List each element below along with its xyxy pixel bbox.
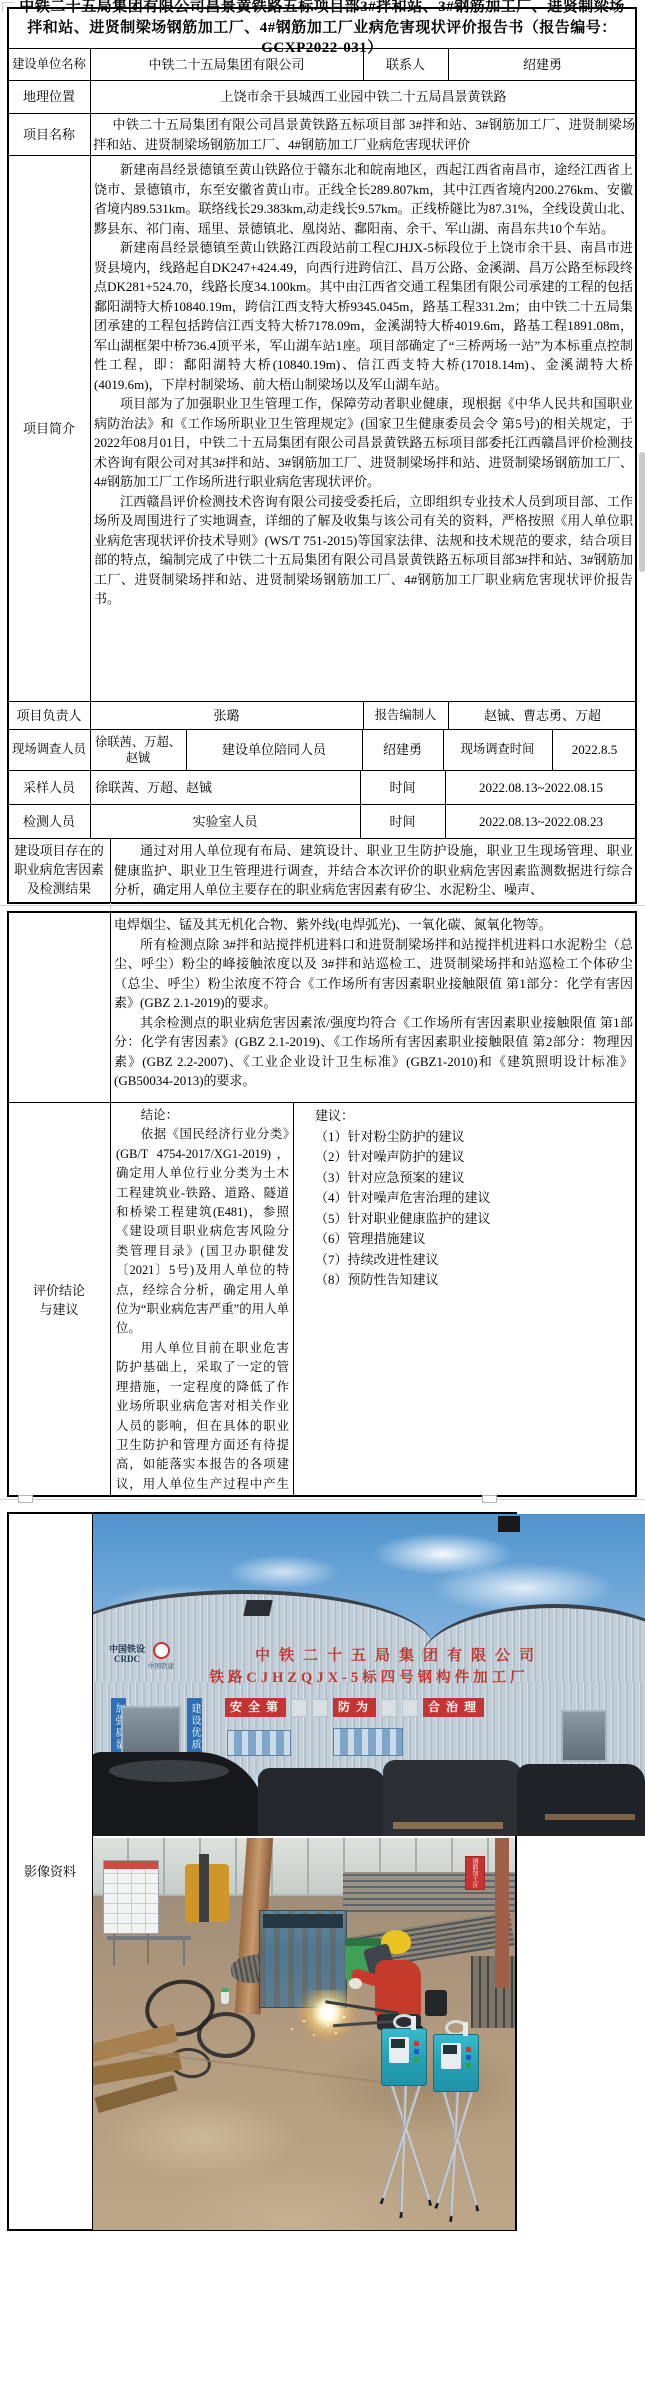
- instrument-button: [466, 2047, 471, 2052]
- grid-line: [8, 113, 637, 114]
- conclusion-heading: 结论：: [116, 1106, 289, 1125]
- project-name-label: 项目名称: [8, 113, 90, 155]
- instrument-button: [466, 2055, 471, 2060]
- page-break-tick: [110, 903, 111, 911]
- report-title: 中铁二十五局集团有限公司昌景黄铁路五标项目部3#拌和站、3#钢筋加工厂、进贤制梁…: [9, 9, 635, 47]
- sampling-value: 徐联茜、万超、赵铖: [90, 770, 360, 804]
- sampling-time-label: 时间: [360, 770, 445, 804]
- tripod-leg: [399, 2084, 407, 2218]
- display-board: [333, 1728, 403, 1756]
- whiteboard: [103, 1860, 159, 1934]
- suggestion-item: （8）预防性告知建议: [315, 1270, 633, 1291]
- pallet-edge: [545, 1814, 635, 1820]
- conclusion-label: 评价结论与建议: [8, 1102, 110, 1497]
- instrument-display: [443, 2045, 457, 2054]
- steel-box-opening: [263, 1914, 343, 1928]
- instrument-button: [414, 2041, 419, 2046]
- page-break-line: [0, 905, 645, 906]
- contact-value: 绍建勇: [448, 48, 637, 80]
- hazard-text-part2: 电焊烟尘、锰及其无机化合物、紫外线(电焊弧光)、一氧化碳、氮氧化物等。 所有检测…: [114, 915, 633, 1099]
- hazard-label: 建设项目存在的职业病危害因素及检测结果: [8, 838, 110, 903]
- slogan-segment: 防为: [333, 1698, 376, 1717]
- dark-drum: [425, 1990, 447, 2016]
- location-label: 地理位置: [8, 80, 90, 113]
- survey-time-value: 2022.8.5: [552, 729, 637, 770]
- safety-slogan-banner: 安全第 防为 合治理: [225, 1698, 484, 1717]
- leader-label: 项目负责人: [8, 701, 90, 729]
- slogan-segment: 合治理: [423, 1698, 484, 1717]
- table-handle: [482, 1495, 497, 1503]
- conclusion-text: 结论： 依据《国民经济行业分类》(GB/T 4754-2017/XG1-2019…: [116, 1106, 289, 1494]
- contact-label: 联系人: [363, 48, 448, 80]
- survey-value: 徐联茜、万超、赵铖: [90, 729, 186, 770]
- suggestions-list: 建议： （1）针对粉尘防护的建议 （2）针对噪声防护的建议 （3）针对应急预案的…: [297, 1106, 633, 1494]
- empty-plate: [312, 1699, 328, 1717]
- sampling-instrument: [381, 2028, 427, 2086]
- survey-label: 现场调查人员: [8, 729, 90, 770]
- grid-line: [293, 1102, 294, 1497]
- page-break-line: [0, 1499, 645, 1500]
- accompany-label: 建设单位陪同人员: [186, 729, 362, 770]
- water-bottle: [221, 1988, 229, 2004]
- roof-vent-window: [243, 1600, 272, 1616]
- table-handle: [18, 1495, 33, 1503]
- intro-paragraph: 新建南昌经景德镇至黄山铁路江西段站前工程CJHJX-5标段位于上饶市余干县、南昌…: [94, 238, 633, 394]
- document-viewer: 中铁二十五局集团有限公司昌景黄铁路五标项目部3#拌和站、3#钢筋加工厂、进贤制梁…: [0, 0, 645, 2397]
- tarp-pile: [517, 1764, 645, 1836]
- crdc-logo: 中国铁设 CRDC: [109, 1644, 145, 1664]
- grid-line: [110, 838, 111, 903]
- suggestions-heading: 建议：: [315, 1106, 633, 1127]
- crtg-round-logo: [153, 1642, 170, 1659]
- conclusion-paragraph: 用人单位目前在职业危害防护基础上，采取了一定的管理措施，一定程度的降低了作业场所…: [116, 1339, 289, 1494]
- unit-value: 中铁二十五局集团有限公司: [90, 48, 363, 80]
- cable-coil: [197, 2012, 255, 2058]
- grid-line: [110, 911, 111, 1497]
- tripod-leg: [441, 2088, 479, 2212]
- pallet-edge: [393, 1822, 503, 1829]
- bench-leg: [183, 1940, 185, 1966]
- project-intro-label: 项目简介: [8, 155, 90, 701]
- project-name-value: 中铁二十五局集团有限公司昌景黄铁路五标项目部 3#拌和站、3#钢筋加工厂、进贤制…: [93, 115, 635, 155]
- location-value: 上饶市余干县城西工业园中铁二十五局昌景黄铁路: [90, 80, 637, 113]
- instrument-button: [414, 2057, 419, 2062]
- suggestion-item: （6）管理措施建议: [315, 1229, 633, 1250]
- hazard-text-part1: 通过对用人单位现有布局、建筑设计、职业卫生防护设施，职业卫生现场管理、职业健康监…: [114, 841, 633, 902]
- writer-label: 报告编制人: [363, 701, 448, 729]
- testing-label: 检测人员: [8, 804, 90, 838]
- empty-plate: [291, 1699, 307, 1717]
- dark-object: [498, 1516, 520, 1532]
- sampling-tube: [411, 2016, 416, 2030]
- sampling-instrument: [433, 2034, 479, 2092]
- company-sign-text: 中铁二十五局集团有限公司: [179, 1644, 619, 1665]
- suggestion-item: （3）针对应急预案的建议: [315, 1168, 633, 1189]
- welding-sparks: [285, 1990, 359, 2044]
- spark-dots: [321, 2010, 323, 2012]
- intro-paragraph: 项目部为了加强职业卫生管理工作，保障劳动者职业健康，现根据《中华人民共和国职业病…: [94, 394, 633, 492]
- factory-sign-text: 铁路CJHZQJX-5标四号钢构件加工厂: [93, 1666, 645, 1687]
- project-intro-text: 新建南昌经景德镇至黄山铁路位于赣东北和皖南地区，西起江西省南昌市，途经江西省上饶…: [94, 160, 633, 698]
- workzone-sign: 钢筋加工区: [465, 1856, 485, 1890]
- suggestion-item: （7）持续改进性建议: [315, 1250, 633, 1271]
- bench: [107, 1936, 191, 1940]
- grid-line: [8, 155, 637, 156]
- empty-plate: [381, 1699, 397, 1717]
- instrument-button: [414, 2049, 419, 2054]
- bench-leg: [113, 1940, 115, 1966]
- survey-time-label: 现场调查时间: [443, 729, 552, 770]
- machine-mast: [199, 1854, 209, 1922]
- testing-value: 实验室人员: [90, 804, 360, 838]
- tripod-leg: [434, 2088, 474, 2209]
- sampling-label: 采样人员: [8, 770, 90, 804]
- unit-label: 建设单位名称: [8, 48, 90, 80]
- writer-value: 赵铖、曹志勇、万超: [448, 701, 637, 729]
- slogan-segment: 安全第: [225, 1698, 286, 1717]
- conclusion-paragraph: 依据《国民经济行业分类》(GB/T 4754-2017/XG1-2019)，确定…: [116, 1125, 289, 1338]
- factory-exterior-photo: 中国铁设 CRDC 中国铁建 中铁二十五局集团有限公司 铁路CJHZQJX-5标…: [93, 1514, 645, 1836]
- welder-glove: [349, 1978, 362, 1989]
- accompany-value: 绍建勇: [362, 729, 443, 770]
- testing-time-value: 2022.08.13~2022.08.23: [445, 804, 637, 838]
- suggestion-item: （4）针对噪声危害治理的建议: [315, 1188, 633, 1209]
- rebar-rack: [343, 1872, 515, 1912]
- steel-column: [495, 1838, 509, 1988]
- empty-plate: [402, 1699, 418, 1717]
- warehouse-door: [561, 1710, 607, 1762]
- instrument-display: [391, 2039, 405, 2048]
- sampling-tube: [463, 2022, 468, 2036]
- right-vertical-banner: 建设优质: [187, 1698, 202, 1756]
- leader-value: 张璐: [90, 701, 363, 729]
- instrument-button: [466, 2063, 471, 2068]
- suggestion-item: （5）针对职业健康监护的建议: [315, 1209, 633, 1230]
- display-board: [227, 1730, 291, 1756]
- intro-paragraph: 新建南昌经景德镇至黄山铁路位于赣东北和皖南地区，西起江西省南昌市，途经江西省上饶…: [94, 160, 633, 238]
- suggestion-item: （2）针对噪声防护的建议: [315, 1147, 633, 1168]
- testing-time-label: 时间: [360, 804, 445, 838]
- intro-paragraph: 江西赣昌评价检测技术咨询有限公司接受委托后，立即组织专业技术人员到项目部、工作场…: [94, 492, 633, 609]
- workshop-welding-photo: 钢筋加工区: [93, 1838, 515, 2230]
- tarp-pile: [258, 1768, 386, 1836]
- scrollbar-thumb[interactable]: [639, 452, 645, 572]
- photo-label: 影像资料: [8, 1512, 92, 2231]
- tripod-leg: [389, 2082, 432, 2207]
- suggestion-item: （1）针对粉尘防护的建议: [315, 1127, 633, 1148]
- car-roof-highlight: [109, 1760, 229, 1782]
- sampling-time-value: 2022.08.13~2022.08.15: [445, 770, 637, 804]
